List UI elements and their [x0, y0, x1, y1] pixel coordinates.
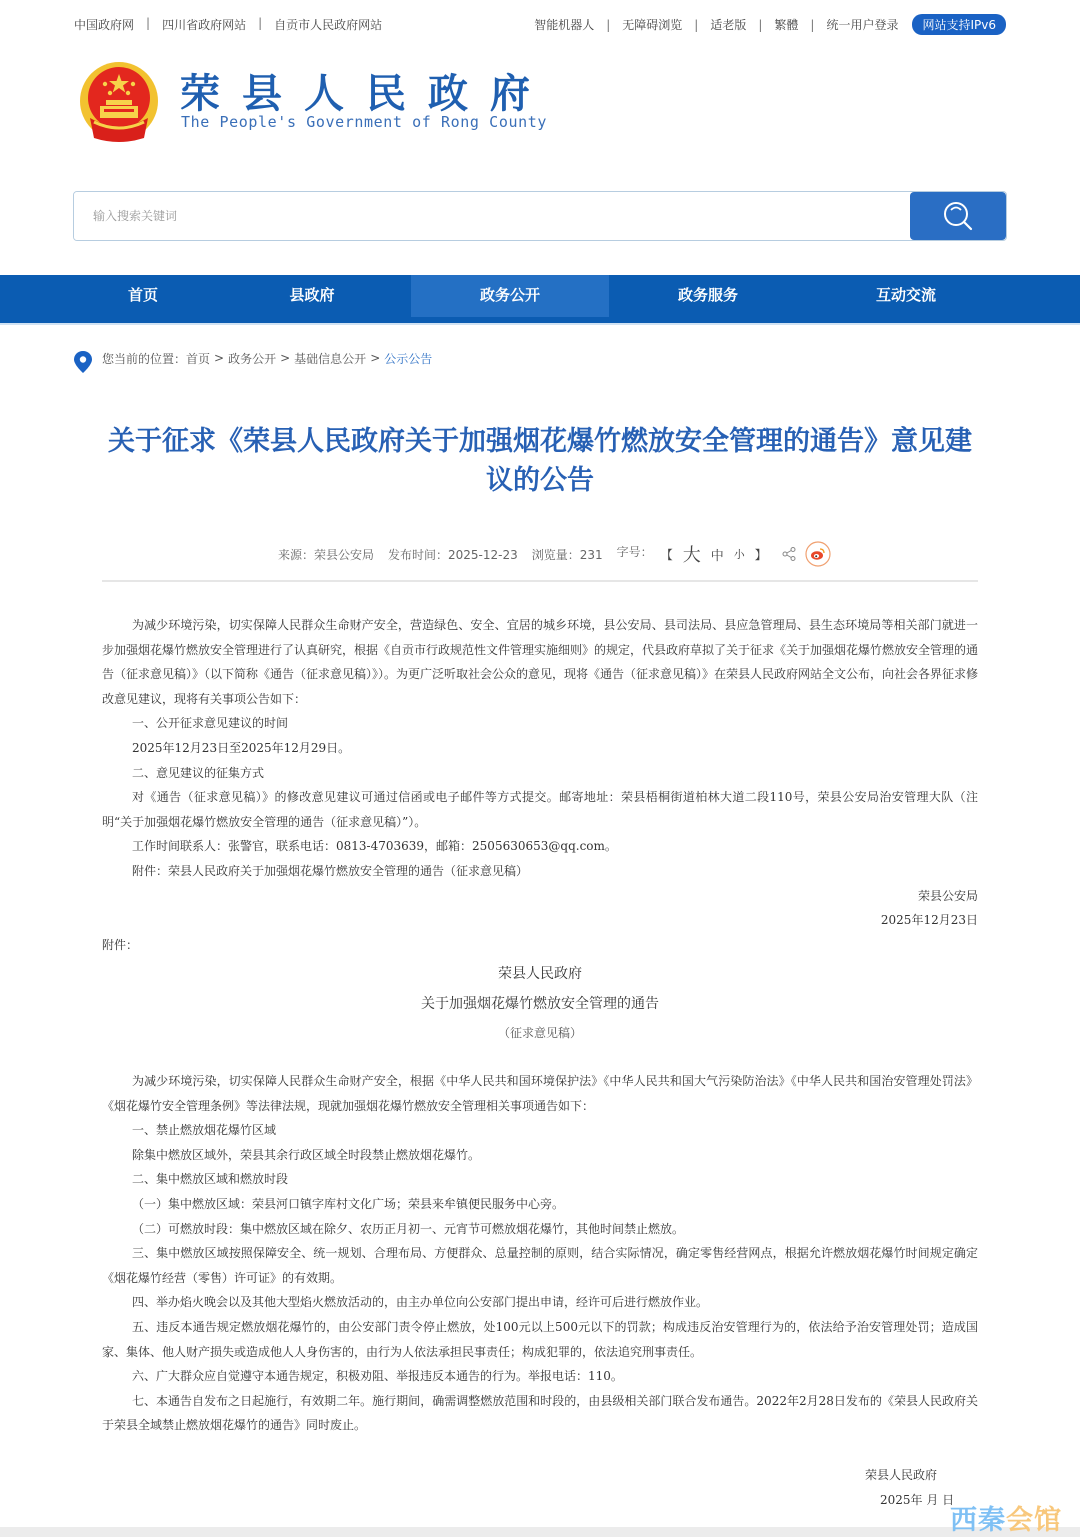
bracket-open: 【 — [661, 546, 673, 563]
nav-county-gov[interactable]: 县政府 — [242, 275, 382, 317]
separator: | — [694, 18, 698, 32]
bracket-close: 】 — [755, 546, 767, 563]
divider — [102, 580, 978, 582]
article-title: 关于征求《荣县人民政府关于加强烟花爆竹燃放安全管理的通告》意见建议的公告 — [100, 422, 980, 500]
section-heading: 一、公开征求意见建议的时间 — [102, 711, 978, 736]
separator: | — [606, 18, 610, 32]
breadcrumb: 您当前的位置： 首页 > 政务公开 > 基础信息公开 > 公示公告 — [73, 342, 432, 374]
utility-links: 智能机器人 | 无障碍浏览 | 适老版 | 繁體 | 统一用户登录 网站支持IP… — [534, 14, 1006, 35]
separator: | — [810, 18, 814, 32]
separator: | — [758, 18, 762, 32]
site-subtitle: The People's Government of Rong County — [181, 113, 547, 131]
separator: | — [258, 16, 262, 33]
article-source: 来源：荣县公安局 — [278, 546, 374, 563]
ipv6-badge: 网站支持IPv6 — [912, 14, 1006, 35]
link-elderly-mode[interactable]: 适老版 — [710, 16, 746, 33]
breadcrumb-basic-info[interactable]: 基础信息公开 — [294, 350, 366, 367]
section-heading: 二、意见建议的征集方式 — [102, 761, 978, 786]
breadcrumb-gov-affairs[interactable]: 政务公开 — [228, 350, 276, 367]
contact-paragraph: 工作时间联系人：张警官，联系电话：0813-4703639，邮箱：2505630… — [102, 834, 978, 859]
section-heading: 二、集中燃放区域和燃放时段 — [102, 1167, 978, 1192]
paragraph: 为减少环境污染，切实保障人民群众生命财产安全，营造绿色、安全、宜居的城乡环境，县… — [102, 613, 978, 711]
top-utility-bar: 中国政府网 | 四川省政府网站 | 自贡市人民政府网站 智能机器人 | 无障碍浏… — [0, 0, 1080, 46]
paragraph: （一）集中燃放区域：荣县河口镇字库村文化广场；荣县来牟镇便民服务中心旁。 — [102, 1192, 978, 1217]
watermark-logo: 西秦会馆 — [950, 1498, 1062, 1537]
paragraph: 对《通告（征求意见稿）》的修改意见建议可通过信函或电子邮件等方式提交。邮寄地址：… — [102, 785, 978, 834]
signature-date: 2025年12月23日 — [102, 908, 978, 933]
bottom-bar — [0, 1527, 1080, 1537]
nav-home[interactable]: 首页 — [73, 275, 213, 317]
breadcrumb-current[interactable]: 公示公告 — [384, 350, 432, 367]
search-icon — [941, 199, 975, 233]
paragraph: 四、举办焰火晚会以及其他大型焰火燃放活动的，由主办单位向公安部门提出申请，经许可… — [102, 1290, 978, 1315]
paragraph: （二）可燃放时段：集中燃放区域在除夕、农历正月初一、元宵节可燃放烟花爆竹，其他时… — [102, 1217, 978, 1242]
article-body: 为减少环境污染，切实保障人民群众生命财产安全，营造绿色、安全、宜居的城乡环境，县… — [102, 613, 978, 957]
attachment-org: 荣县人民政府 — [102, 962, 978, 987]
watermark-part2: 会馆 — [1006, 1505, 1062, 1536]
breadcrumb-separator: > — [214, 351, 224, 365]
paragraph: 三、集中燃放区域按照保障安全、统一规划、合理布局、方便群众、总量控制的原则，结合… — [102, 1241, 978, 1290]
attachment-heading: 荣县人民政府 关于加强烟花爆竹燃放安全管理的通告 （征求意见稿） — [102, 962, 978, 1044]
share-icon[interactable] — [781, 546, 797, 562]
link-user-login[interactable]: 统一用户登录 — [826, 16, 898, 33]
link-traditional-chinese[interactable]: 繁體 — [774, 16, 798, 33]
attachment-label: 附件： — [102, 933, 978, 958]
article-date: 发布时间：2025-12-23 — [388, 546, 518, 563]
link-zigong-gov[interactable]: 自贡市人民政府网站 — [274, 16, 382, 33]
font-size-label: 字号： — [617, 543, 653, 560]
site-title: 荣县人民政府 — [180, 62, 552, 119]
paragraph: 五、违反本通告规定燃放烟花爆竹的，由公安部门责令停止燃放，处100元以上500元… — [102, 1315, 978, 1364]
attachment-title: 关于加强烟花爆竹燃放安全管理的通告 — [102, 987, 978, 1022]
main-nav: 首页 县政府 政务公开 政务服务 互动交流 — [0, 275, 1080, 325]
font-size-controls: 【 大 中 小 】 — [661, 541, 767, 567]
link-sichuan-gov[interactable]: 四川省政府网站 — [162, 16, 246, 33]
font-size-medium-button[interactable]: 中 — [711, 545, 724, 564]
breadcrumb-home[interactable]: 首页 — [186, 350, 210, 367]
breadcrumb-separator: > — [370, 351, 380, 365]
link-accessibility[interactable]: 无障碍浏览 — [622, 16, 682, 33]
article-views: 浏览量：231 — [532, 546, 603, 563]
paragraph: 为减少环境污染，切实保障人民群众生命财产安全，根据《中华人民共和国环境保护法》《… — [102, 1069, 978, 1118]
paragraph: 2025年12月23日至2025年12月29日。 — [102, 736, 978, 761]
signature-org: 荣县公安局 — [102, 884, 978, 909]
location-pin-icon — [73, 350, 93, 374]
attachment-draft-note: （征求意见稿） — [102, 1022, 978, 1044]
article-meta: 来源：荣县公安局 发布时间：2025-12-23 浏览量：231 字号： 【 大… — [278, 541, 831, 567]
watermark-part1: 西秦 — [950, 1505, 1006, 1536]
attachment-link[interactable]: 附件：荣县人民政府关于加强烟花爆竹燃放安全管理的通告（征求意见稿） — [102, 859, 978, 884]
font-size-large-button[interactable]: 大 — [683, 541, 701, 567]
section-heading: 一、禁止燃放烟花爆竹区域 — [102, 1118, 978, 1143]
link-china-gov[interactable]: 中国政府网 — [74, 16, 134, 33]
attachment-signature-org: 荣县人民政府 — [860, 1463, 980, 1488]
paragraph: 除集中燃放区域外，荣县其余行政区域全时段禁止燃放烟花爆竹。 — [102, 1143, 978, 1168]
breadcrumb-prefix: 您当前的位置： — [102, 350, 186, 367]
search-input[interactable] — [74, 192, 911, 240]
nav-interaction[interactable]: 互动交流 — [836, 275, 976, 317]
font-size-small-button[interactable]: 小 — [734, 546, 745, 562]
breadcrumb-separator: > — [280, 351, 290, 365]
national-emblem-icon[interactable] — [78, 60, 160, 146]
nav-gov-affairs-disclosure[interactable]: 政务公开 — [411, 275, 609, 317]
separator: | — [146, 16, 150, 33]
external-links: 中国政府网 | 四川省政府网站 | 自贡市人民政府网站 — [74, 16, 382, 33]
paragraph: 七、本通告自发布之日起施行，有效期二年。施行期间，确需调整燃放范围和时段的，由县… — [102, 1389, 978, 1438]
link-smart-robot[interactable]: 智能机器人 — [534, 16, 594, 33]
weibo-icon[interactable] — [805, 541, 831, 567]
attachment-body: 为减少环境污染，切实保障人民群众生命财产安全，根据《中华人民共和国环境保护法》《… — [102, 1069, 978, 1438]
search-bar — [73, 191, 1007, 241]
search-button[interactable] — [910, 192, 1006, 240]
paragraph: 六、广大群众应自觉遵守本通告规定，积极劝阻、举报违反本通告的行为。举报电话：11… — [102, 1364, 978, 1389]
nav-gov-services[interactable]: 政务服务 — [638, 275, 778, 317]
